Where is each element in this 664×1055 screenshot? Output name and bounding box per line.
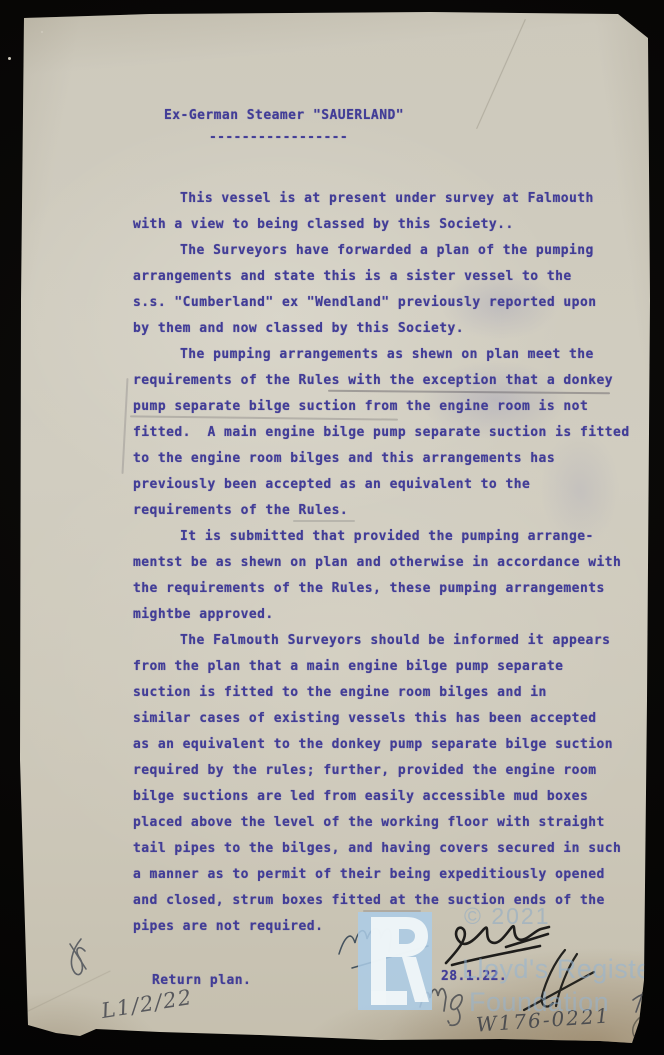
paper-crease [11,970,111,1020]
dust-speck [8,57,11,60]
typed-line: previously been accepted as an equivalen… [133,472,653,498]
typed-line: The pumping arrangements as shewn on pla… [133,342,653,368]
return-plan-note: Return plan. [152,973,251,988]
typed-line: s.s. "Cumberland" ex "Wendland" previous… [133,290,653,316]
typed-line: to the engine room bilges and this arran… [133,446,653,472]
typed-line: bilge suctions are led from easily acces… [133,784,653,810]
scan-background: Ex-German Steamer "SAUERLAND" ----------… [0,0,664,1055]
typed-line: mentst be as shewn on plan and otherwise… [133,550,653,576]
watermark-line2: Foundation [469,987,609,1018]
typed-line: fitted. A main engine bilge pump separat… [133,420,653,446]
typed-line: pipes are not required. [133,914,653,940]
ink-signature-flourish [524,950,594,1010]
paper-edge-hook-mark [633,1018,639,1040]
pencil-initials-right-edge [633,982,657,1012]
typed-line: This vessel is at present under survey a… [133,186,653,212]
pencil-reference-left: L1/2/22 [100,985,195,1023]
title-underline: ----------------- [209,130,348,145]
typed-line: requirements of the Rules with the excep… [133,368,653,394]
typed-line: similar cases of existing vessels this h… [133,706,653,732]
pencil-margin-mark [121,378,128,474]
pencil-initials-lower [420,989,462,1026]
document-page: Ex-German Steamer "SAUERLAND" ----------… [0,0,664,1055]
typed-line: placed above the level of the working fl… [133,810,653,836]
typed-line: arrangements and state this is a sister … [133,264,653,290]
typed-line: from the plan that a main engine bilge p… [133,654,653,680]
typed-line: by them and now classed by this Society. [133,316,653,342]
typed-line: as an equivalent to the donkey pump sepa… [133,732,653,758]
typed-line: required by the rules; further, provided… [133,758,653,784]
typed-line: pump separate bilge suction from the eng… [133,394,653,420]
typed-line: mightbe approved. [133,602,653,628]
typed-line: requirements of the Rules. [133,498,653,524]
pencil-reference-right: W176-0221 [475,1003,611,1036]
typed-line: and closed, strum boxes fitted at the su… [133,888,653,914]
typed-line: a manner as to permit of their being exp… [133,862,653,888]
typed-line: tail pipes to the bilges, and having cov… [133,836,653,862]
typed-line: The Surveyors have forwarded a plan of t… [133,238,653,264]
paper-crease [476,19,527,129]
typed-line: The Falmouth Surveyors should be informe… [133,628,653,654]
document-body: This vessel is at present under survey a… [133,186,653,940]
typed-line: the requirements of the Rules, these pum… [133,576,653,602]
dust-speck [41,31,43,33]
typed-date: 28.1.22. [441,969,507,984]
typed-line: It is submitted that provided the pumpin… [133,524,653,550]
pencil-monogram-initials [70,939,86,975]
document-title: Ex-German Steamer "SAUERLAND" [164,108,404,123]
typed-line: with a view to being classed by this Soc… [133,212,653,238]
typed-line: suction is fitted to the engine room bil… [133,680,653,706]
